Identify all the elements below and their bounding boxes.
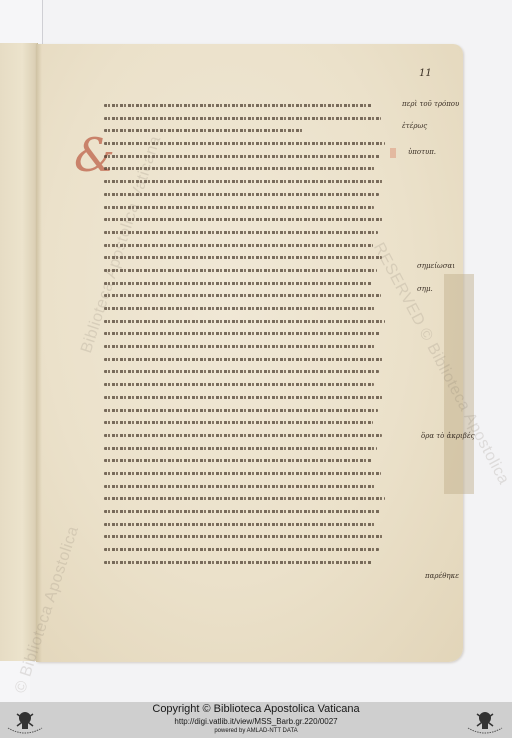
marginal-note: περὶ τοῦ τρόπου — [402, 100, 459, 108]
marginal-note: ἑτέρως — [402, 122, 427, 130]
manuscript-line — [104, 252, 384, 265]
manuscript-line — [104, 493, 384, 506]
manuscript-line — [104, 202, 384, 215]
manuscript-line — [104, 341, 384, 354]
manuscript-line — [104, 354, 384, 367]
previous-leaf-edge — [0, 43, 38, 661]
manuscript-line — [104, 443, 384, 456]
manuscript-line — [104, 519, 384, 532]
manuscript-line — [104, 506, 384, 519]
manuscript-line — [104, 392, 384, 405]
manuscript-line — [104, 303, 384, 316]
manuscript-line — [104, 531, 384, 544]
manuscript-line — [104, 328, 384, 341]
copyright-text: Copyright © Biblioteca Apostolica Vatica… — [0, 703, 512, 715]
marginal-note: ὑποτυπ. — [408, 148, 436, 156]
manuscript-line — [104, 278, 384, 291]
powered-by-text: powered by AMLAD-NTT DATA — [0, 728, 512, 734]
manuscript-line — [104, 468, 384, 481]
manuscript-line — [104, 430, 384, 443]
permalink-url[interactable]: http://digi.vatlib.it/view/MSS_Barb.gr.2… — [0, 717, 512, 726]
manuscript-line — [104, 557, 384, 570]
rubric-mark — [390, 148, 396, 158]
manuscript-line — [104, 100, 384, 113]
manuscript-line — [104, 481, 384, 494]
manuscript-line — [104, 125, 384, 138]
manuscript-line — [104, 227, 384, 240]
previous-leaf-top — [0, 0, 43, 44]
manuscript-line — [104, 290, 384, 303]
manuscript-line — [104, 379, 384, 392]
vatican-seal-icon — [462, 706, 508, 736]
copyright-footer: Copyright © Biblioteca Apostolica Vatica… — [0, 702, 512, 738]
manuscript-line — [104, 417, 384, 430]
manuscript-line — [104, 455, 384, 468]
marginal-note: παρέθηκε — [425, 572, 459, 580]
marginal-note: σημείωσαι — [417, 262, 455, 270]
manuscript-line — [104, 265, 384, 278]
marginal-note: σημ. — [417, 285, 433, 293]
manuscript-viewer: 11 & περὶ τοῦ τρόπουἑτέρωςὑποτυπ.σημείωσ… — [0, 0, 512, 702]
decorated-initial: & — [74, 132, 104, 190]
manuscript-line — [104, 405, 384, 418]
manuscript-line — [104, 240, 384, 253]
manuscript-line — [104, 113, 384, 126]
manuscript-line — [104, 316, 384, 329]
manuscript-line — [104, 366, 384, 379]
manuscript-line — [104, 214, 384, 227]
folio-number: 11 — [419, 68, 432, 79]
manuscript-line — [104, 544, 384, 557]
